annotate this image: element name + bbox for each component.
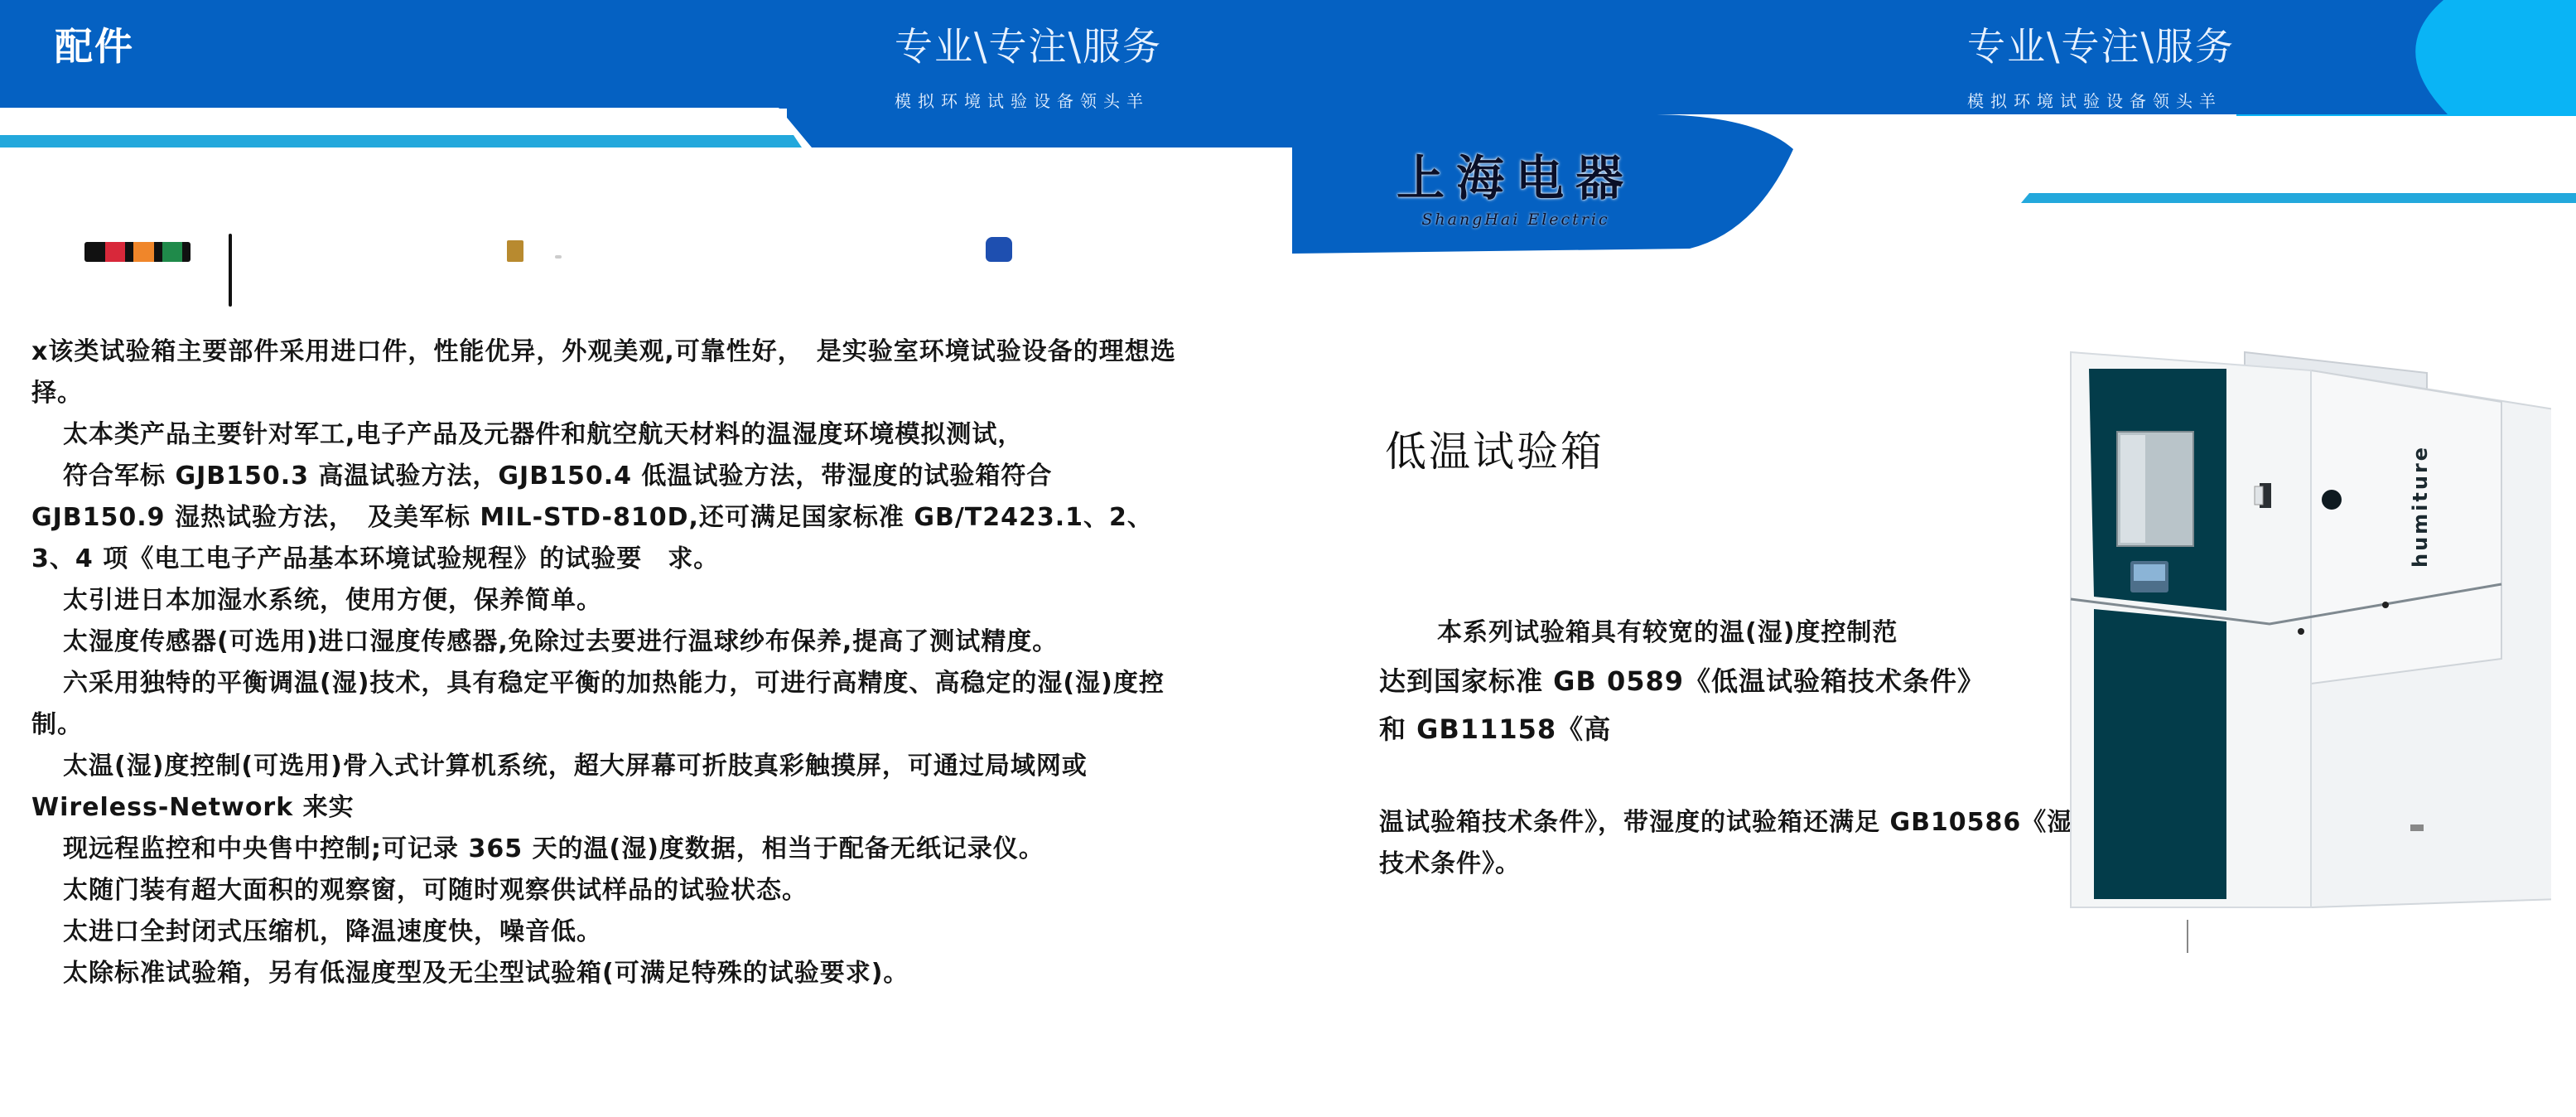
test-chamber-image: humiture <box>2038 336 2551 916</box>
brass-fitting-image <box>507 240 523 262</box>
feature-paragraph: 太除标准试验箱，另有低湿度型及无尘型试验箱(可满足特殊的试验要求)。 <box>31 953 1191 994</box>
company-logo: 上海电器 ShangHai Electric <box>1392 139 1640 229</box>
feature-paragraph: 太随门装有超大面积的观察窗，可随时观察供试样品的试验状态。 <box>31 870 1191 911</box>
logo-chinese: 上海电器 <box>1392 139 1640 209</box>
product-desc-line: 达到国家标准 GB 0589《低温试验箱技术条件》和 GB11158《高 <box>1379 657 2009 753</box>
slogan-sub: 模拟环境试验设备领头羊 <box>895 88 1162 112</box>
feature-paragraph: 现远程监控和中央售中控制;可记录 365 天的温(湿)度数据，相当于配备无纸记录… <box>31 829 1191 870</box>
product-description-top: 本系列试验箱具有较宽的温(湿)度控制范 达到国家标准 GB 0589《低温试验箱… <box>1379 609 2009 753</box>
feature-paragraph: 符合军标 GJB150.3 高温试验方法，GJB150.4 低温试验方法，带湿度… <box>31 456 1191 580</box>
product-title: 低温试验箱 <box>1385 418 1604 478</box>
terminal-block-image <box>84 242 191 262</box>
feature-paragraph: 六采用独特的平衡调温(湿)技术，具有稳定平衡的加热能力，可进行高精度、高稳定的湿… <box>31 663 1191 746</box>
chamber-brand-text: humiture <box>2409 445 2432 568</box>
slogan-block-center: 专业\专注\服务 模拟环境试验设备领头羊 <box>895 17 1162 112</box>
feature-paragraph: 太本类产品主要针对军工,电子产品及元器件和航空航天材料的温湿度环境模拟测试， <box>31 414 1191 456</box>
slogan-main: 专业\专注\服务 <box>895 17 1162 71</box>
feature-paragraph: 太进口全封闭式压缩机，降温速度快，噪音低。 <box>31 911 1191 953</box>
slogan-sub: 模拟环境试验设备领头羊 <box>1967 88 2235 112</box>
dashed-marker <box>2187 920 2188 953</box>
feature-paragraph: 太温(湿)度控制(可选用)骨入式计算机系统，超大屏幕可折肢真彩触摸屏，可通过局域… <box>31 746 1191 829</box>
probe-rod-image <box>229 234 232 307</box>
feature-paragraph: 太引进日本加湿水系统，使用方便，保养简单。 <box>31 580 1191 621</box>
feature-paragraph: 太湿度传感器(可选用)进口湿度传感器,免除过去要进行温球纱布保养,提高了测试精度… <box>31 621 1191 663</box>
section-title: 配件 <box>55 17 134 71</box>
features-text: ⅹ该类试验箱主要部件采用进口件，性能优异，外观美观,可靠性好， 是实验室环境试验… <box>31 331 1191 994</box>
blue-valve-image <box>986 237 1012 262</box>
logo-english: ShangHai Electric <box>1392 210 1640 229</box>
slogan-block-right: 专业\专注\服务 模拟环境试验设备领头羊 <box>1967 17 2235 112</box>
small-part-image <box>555 255 562 259</box>
header-banner: 配件 专业\专注\服务 模拟环境试验设备领头羊 专业\专注\服务 模拟环境试验设… <box>0 0 2576 265</box>
feature-paragraph: ⅹ该类试验箱主要部件采用进口件，性能优异，外观美观,可靠性好， 是实验室环境试验… <box>31 331 1191 414</box>
slogan-main: 专业\专注\服务 <box>1967 17 2235 71</box>
product-desc-line: 本系列试验箱具有较宽的温(湿)度控制范 <box>1379 609 2009 657</box>
